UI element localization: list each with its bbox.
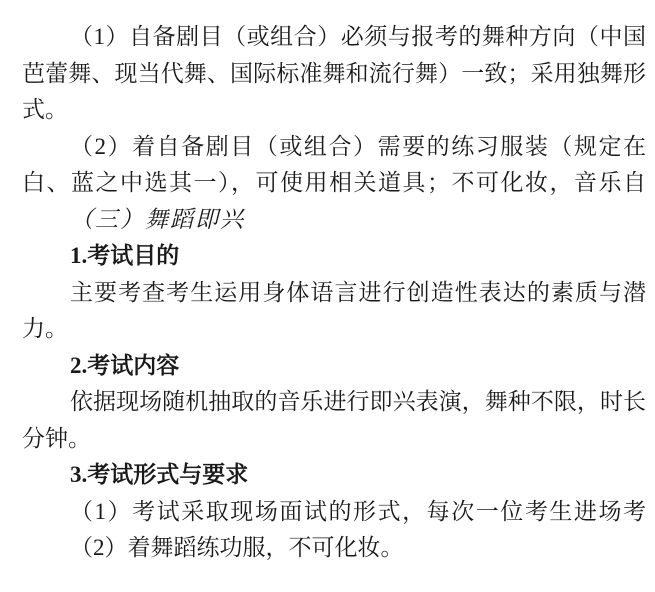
section-heading-line: 1.考试目的 xyxy=(22,238,646,275)
body-text-line: （1）考试采取现场面试的形式，每次一位考生进场考试。 xyxy=(22,494,646,531)
body-text-line: （2）着舞蹈练功服，不可化妆。 xyxy=(22,530,646,567)
document-text-block: （1）自备剧目（或组合）必须与报考的舞种方向（中国舞、芭蕾舞、现当代舞、国际标准… xyxy=(0,0,655,567)
document-page: （1）自备剧目（或组合）必须与报考的舞种方向（中国舞、芭蕾舞、现当代舞、国际标准… xyxy=(0,0,655,592)
body-text-line: 式。 xyxy=(22,92,646,129)
body-text-line: 依据现场随机抽取的音乐进行即兴表演，舞种不限，时长 1 xyxy=(22,384,646,421)
body-text-line: （2）着自备剧目（或组合）需要的练习服装（规定在红、 xyxy=(22,129,646,166)
body-text-line: 芭蕾舞、现当代舞、国际标准舞和流行舞）一致；采用独舞形 xyxy=(22,56,646,93)
section-heading-line: 3.考试形式与要求 xyxy=(22,457,646,494)
body-text-line: 分钟。 xyxy=(22,421,646,458)
body-text-line: 力。 xyxy=(22,311,646,348)
body-text-line: 主要考查考生运用身体语言进行创造性表达的素质与潜 xyxy=(22,275,646,312)
body-text-line: （1）自备剧目（或组合）必须与报考的舞种方向（中国舞、 xyxy=(22,19,646,56)
body-text-line: 白、蓝之中选其一），可使用相关道具；不可化妆，音乐自备。 xyxy=(22,165,646,202)
section-heading-line: 2.考试内容 xyxy=(22,348,646,385)
subsection-title-line: （三）舞蹈即兴 xyxy=(22,202,646,239)
